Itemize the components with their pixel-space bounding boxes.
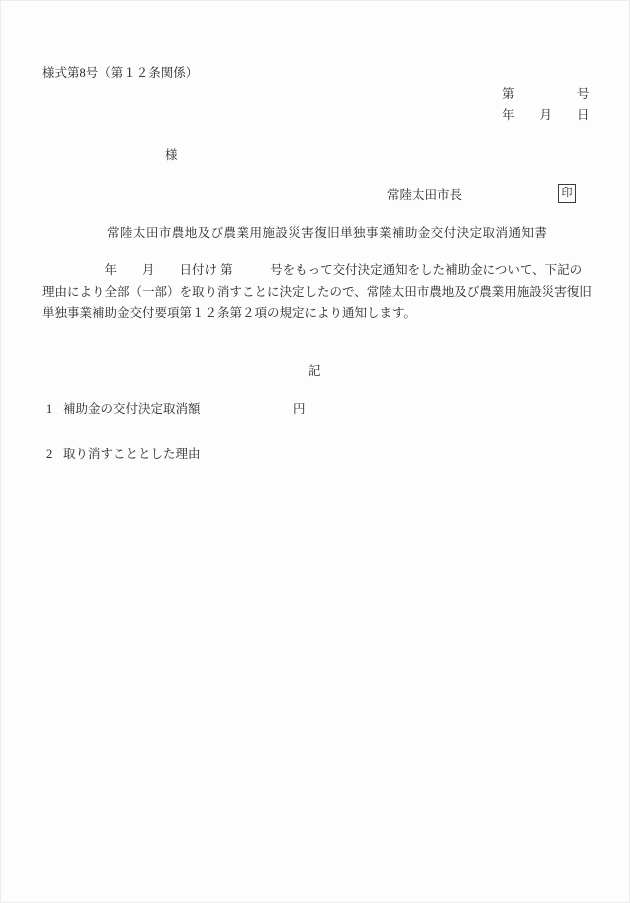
record-marker: 記 <box>308 364 321 378</box>
form-number-label: 様式第8号（第１２条関係） <box>42 66 198 80</box>
body-paragraph-line-2: 理由により全部（一部）を取り消すことに決定したので、常陸太田市農地及び農業用施設… <box>42 285 592 299</box>
item-1-label: 補助金の交付決定取消額 <box>63 402 201 416</box>
document-date-line: 年 月 日 <box>502 108 590 122</box>
sender-title: 常陸太田市長 <box>387 188 462 202</box>
seal-label: 印 <box>562 188 573 199</box>
item-2-label: 取り消すこととした理由 <box>63 447 201 461</box>
item-2-number: 2 <box>46 447 52 461</box>
document-page: 様式第8号（第１２条関係） 第 号 年 月 日 様 常陸太田市長 印 常陸太田市… <box>0 0 630 903</box>
document-title: 常陸太田市農地及び農業用施設災害復旧単独事業補助金交付決定取消通知書 <box>107 226 547 240</box>
document-number-line: 第 号 <box>502 87 590 101</box>
body-paragraph-line-3: 単独事業補助金交付要項第１２条第２項の規定により通知します。 <box>42 306 416 320</box>
item-1-unit: 円 <box>293 402 306 416</box>
seal-placeholder-box: 印 <box>558 184 576 203</box>
body-paragraph-line-1: 年 月 日付け 第 号をもって交付決定通知をした補助金について、下記の <box>42 263 582 277</box>
item-1-number: 1 <box>46 402 52 416</box>
addressee-honorific: 様 <box>165 148 178 162</box>
